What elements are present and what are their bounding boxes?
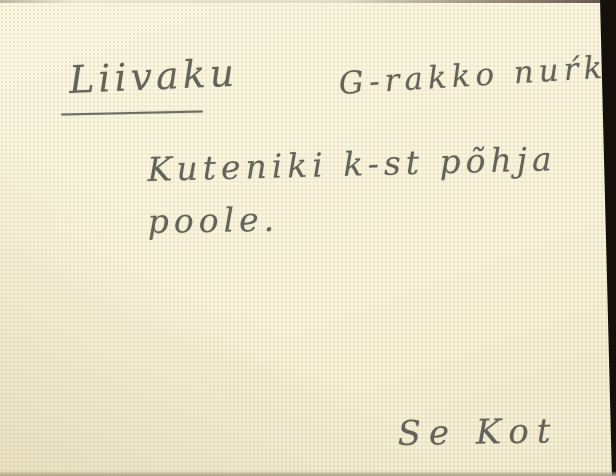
card-bottom-shadow bbox=[0, 471, 616, 476]
card-title: Liivaku bbox=[68, 51, 239, 102]
top-right-note: G-rakko nuŕk bbox=[338, 50, 608, 102]
collector-signature: Se Kot bbox=[397, 411, 559, 454]
scan-edge-top bbox=[0, 0, 616, 3]
body-text-line-1: Kuteniki k-st põhja bbox=[147, 139, 557, 189]
scanned-index-card: Liivaku G-rakko nuŕk Kuteniki k-st põhja… bbox=[0, 0, 616, 476]
title-underline bbox=[61, 111, 203, 116]
body-text-line-2: poole. bbox=[147, 200, 279, 241]
